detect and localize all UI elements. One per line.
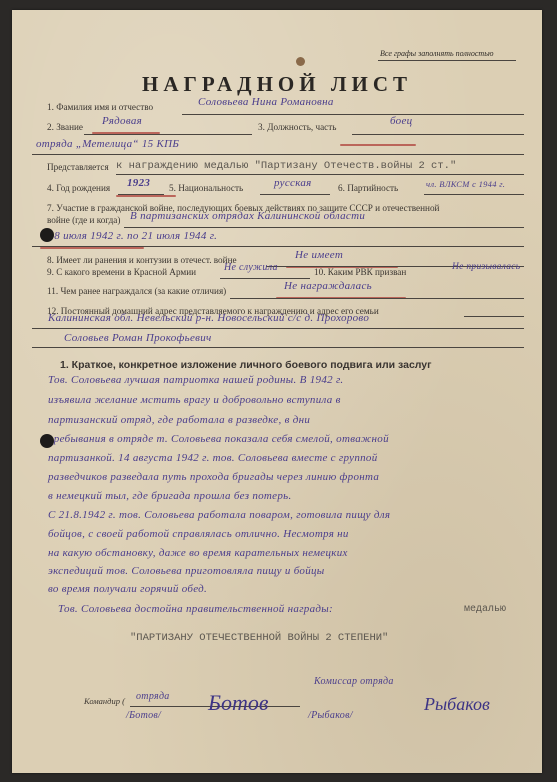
narrative-line: разведчиков разведала путь прохода брига… bbox=[48, 471, 379, 483]
field-3-value-cont: отряда „Метелица“ 15 КПБ bbox=[36, 138, 179, 150]
field-7-line-2 bbox=[32, 246, 524, 247]
commissar-signature: Рыбаков bbox=[424, 694, 490, 715]
field-12-value-2: Соловьев Роман Прокофьевич bbox=[64, 332, 212, 344]
field-5-label: 5. Национальность bbox=[169, 183, 243, 193]
field-2-value: Рядовая bbox=[102, 115, 142, 127]
field-12-line-1 bbox=[32, 328, 524, 329]
field-4-label: 4. Год рождения bbox=[47, 183, 110, 193]
section-1-heading: 1. Краткое, конкретное изложение личного… bbox=[60, 359, 432, 371]
field-3-label: 3. Должность, часть bbox=[258, 122, 336, 132]
narrative-line: бойцов, с своей работой справлялась отли… bbox=[48, 528, 349, 540]
narrative-line: пребывания в отряде т. Соловьева показал… bbox=[48, 433, 389, 445]
narrative-line: партизанский отряд, где работала в разве… bbox=[48, 414, 310, 426]
narrative-line: экспедиций тов. Соловьева приготовляла п… bbox=[48, 565, 325, 577]
commander-signature: Ботов bbox=[208, 690, 268, 716]
field-8-label: 8. Имеет ли ранения и контузии в отечест… bbox=[47, 255, 237, 265]
field-7-value-1: В партизанских отрядах Калининской облас… bbox=[130, 210, 365, 222]
presented-line bbox=[116, 174, 524, 175]
red-underline-dates bbox=[40, 247, 144, 249]
field-9-value: Не служила bbox=[224, 262, 278, 273]
field-5-value: русская bbox=[274, 177, 312, 189]
field-12-line-2 bbox=[32, 347, 524, 348]
field-11-value: Не награждалась bbox=[284, 280, 372, 292]
conclusion-typed: медалью bbox=[464, 604, 506, 615]
award-name: "ПАРТИЗАНУ ОТЕЧЕСТВЕННОЙ ВОЙНЫ 2 СТЕПЕНИ… bbox=[130, 632, 388, 644]
field-7-label-2: войне (где и когда) bbox=[47, 215, 120, 225]
field-8-value: Не имеет bbox=[295, 249, 343, 261]
field-12-value-1: Калининская обл. Невельский р-н. Новосел… bbox=[48, 312, 369, 324]
field-3-cont-line bbox=[32, 154, 524, 155]
field-3-value: боец bbox=[390, 115, 412, 127]
presented-value: к награждению медалью "Партизану Отечест… bbox=[116, 160, 456, 172]
field-11-label: 11. Чем ранее награждался (за какие отли… bbox=[47, 286, 226, 296]
commissar-name: /Рыбаков/ bbox=[308, 710, 353, 721]
commissar-role: Комиссар отряда bbox=[314, 676, 394, 687]
field-4-value: 1923 bbox=[127, 177, 150, 189]
field-1-value: Соловьева Нина Романовна bbox=[198, 96, 334, 108]
red-underline-position bbox=[340, 144, 416, 146]
commander-name: /Ботов/ bbox=[126, 710, 161, 721]
field-1-line bbox=[182, 114, 524, 115]
binding-hole-2 bbox=[40, 434, 54, 448]
field-10-label: 10. Каким РВК призван bbox=[314, 267, 406, 277]
field-12-line-0 bbox=[464, 316, 524, 317]
narrative-line: во время получали горячий обед. bbox=[48, 583, 207, 595]
narrative-line: партизанкой. 14 августа 1942 г. тов. Сол… bbox=[48, 452, 378, 464]
document-title: НАГРАДНОЙ ЛИСТ bbox=[12, 72, 542, 97]
narrative-line: изъявила желание мстить врагу и добровол… bbox=[48, 394, 341, 406]
narrative-line: С 21.8.1942 г. тов. Соловьева работала п… bbox=[48, 509, 390, 521]
award-sheet: Все графы заполнять полностью НАГРАДНОЙ … bbox=[12, 10, 542, 773]
narrative-line: на какую обстановку, даже во время карат… bbox=[48, 547, 348, 559]
field-1-label: 1. Фамилия имя и отчество bbox=[47, 102, 153, 112]
field-2-label: 2. Звание bbox=[47, 122, 83, 132]
field-6-label: 6. Партийность bbox=[338, 183, 398, 193]
commander-role: отряда bbox=[136, 691, 170, 702]
narrative-line: в немецкий тыл, где бригада прошла без п… bbox=[48, 490, 292, 502]
field-9-label: 9. С какого времени в Красной Армии bbox=[47, 267, 196, 277]
field-5-line bbox=[260, 194, 330, 195]
red-underline-year bbox=[116, 195, 176, 197]
field-4-line bbox=[118, 194, 164, 195]
field-2-line bbox=[84, 134, 252, 135]
presented-label: Представляется bbox=[47, 162, 109, 172]
field-6-value: чл. ВЛКСМ с 1944 г. bbox=[426, 179, 505, 189]
field-6-line bbox=[424, 194, 524, 195]
field-9-line bbox=[220, 278, 310, 279]
instruction-note: Все графы заполнять полностью bbox=[380, 49, 493, 58]
note-underline bbox=[378, 60, 516, 61]
field-7-line-1 bbox=[124, 227, 524, 228]
conclusion-text: Тов. Соловьева достойна правительственно… bbox=[58, 603, 333, 615]
pin-hole-top bbox=[296, 57, 305, 66]
binding-hole-1 bbox=[40, 228, 54, 242]
field-7-value-2: с 8 июля 1942 г. по 21 июля 1944 г. bbox=[46, 230, 217, 242]
narrative-line: Тов. Соловьева лучшая патриотка нашей ро… bbox=[48, 374, 343, 386]
field-11-line bbox=[230, 298, 524, 299]
commander-label: Командир ( bbox=[84, 696, 125, 706]
field-10-value: Не призывалась bbox=[452, 262, 520, 272]
field-3-line bbox=[352, 134, 524, 135]
